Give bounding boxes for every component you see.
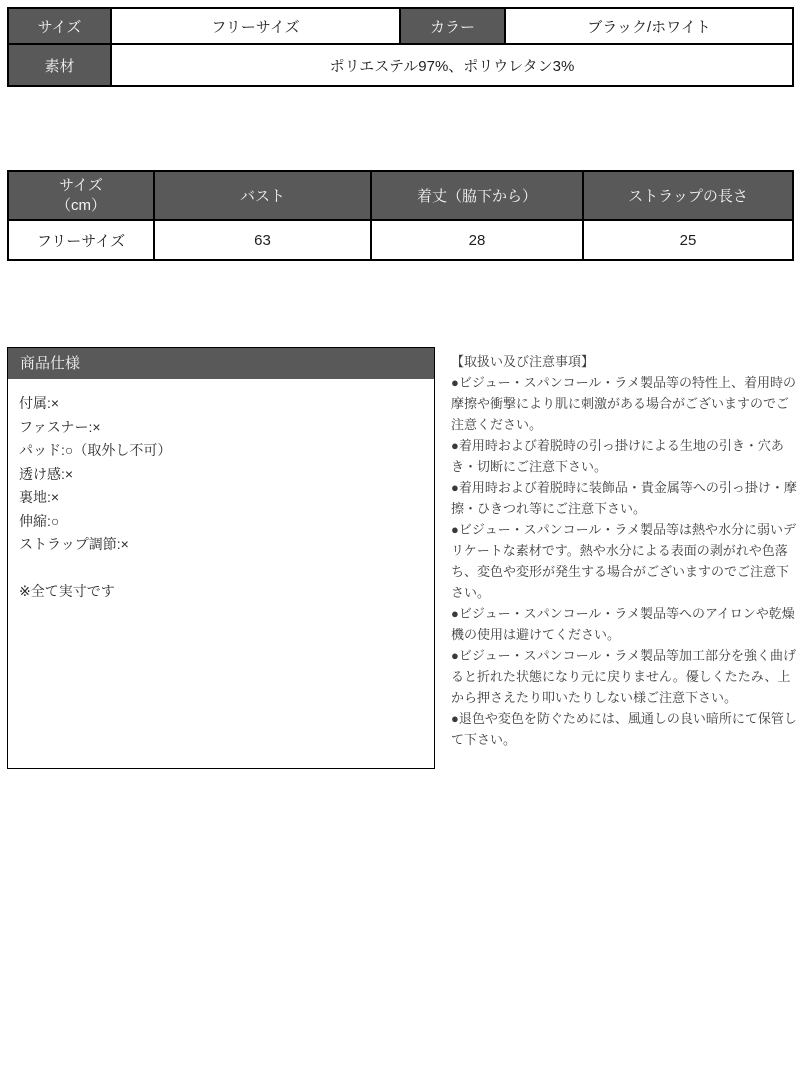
spec-item-pad: パッド:○（取外し不可） <box>19 439 422 463</box>
table-row: 素材 ポリエステル97%、ポリウレタン3% <box>8 44 793 86</box>
spec-item-fastener: ファスナー:× <box>19 416 422 440</box>
measurements-table: サイズ （cm） バスト 着丈（脇下から） ストラップの長さ フリーサイズ 63… <box>7 170 794 261</box>
care-note-item: ●ビジュー・スパンコール・ラメ製品等の特性上、着用時の摩擦や衝撃により肌に刺激が… <box>451 372 799 435</box>
size-header-line2: （cm） <box>9 196 153 216</box>
product-info-table: サイズ フリーサイズ カラー ブラック/ホワイト 素材 ポリエステル97%、ポリ… <box>7 7 794 87</box>
color-value-cell: ブラック/ホワイト <box>505 8 793 44</box>
measure-size-header-cell: サイズ （cm） <box>8 171 154 220</box>
care-note-item: ●ビジュー・スパンコール・ラメ製品等へのアイロンや乾燥機の使用は避けてください。 <box>451 603 799 645</box>
length-cell: 28 <box>371 220 583 260</box>
size-cell: フリーサイズ <box>8 220 154 260</box>
bust-header-cell: バスト <box>154 171 371 220</box>
table-row: サイズ フリーサイズ カラー ブラック/ホワイト <box>8 8 793 44</box>
spec-item-lining: 裏地:× <box>19 486 422 510</box>
care-note-item: ●ビジュー・スパンコール・ラメ製品等加工部分を強く曲げると折れた状態になり元に戻… <box>451 645 799 708</box>
color-header-cell: カラー <box>400 8 505 44</box>
care-note-item: ●退色や変色を防ぐためには、風通しの良い暗所にて保管して下さい。 <box>451 708 799 750</box>
size-value-cell: フリーサイズ <box>111 8 400 44</box>
spec-item-accessory: 付属:× <box>19 392 422 416</box>
spec-box-body: 付属:× ファスナー:× パッド:○（取外し不可） 透け感:× 裏地:× 伸縮:… <box>8 379 434 603</box>
table-header-row: サイズ （cm） バスト 着丈（脇下から） ストラップの長さ <box>8 171 793 220</box>
table-row: フリーサイズ 63 28 25 <box>8 220 793 260</box>
bust-cell: 63 <box>154 220 371 260</box>
spec-item-sheerness: 透け感:× <box>19 463 422 487</box>
spec-item-strap-adjust: ストラップ調節:× <box>19 533 422 557</box>
care-notes: 【取扱い及び注意事項】 ●ビジュー・スパンコール・ラメ製品等の特性上、着用時の摩… <box>451 351 799 750</box>
product-spec-page: { "colors": { "header_bg": "#595959", "h… <box>0 0 800 1067</box>
care-notes-title: 【取扱い及び注意事項】 <box>451 351 799 372</box>
care-note-item: ●着用時および着脱時の引っ掛けによる生地の引き・穴あき・切断にご注意下さい。 <box>451 435 799 477</box>
product-spec-box: 商品仕様 付属:× ファスナー:× パッド:○（取外し不可） 透け感:× 裏地:… <box>7 347 435 769</box>
care-note-item: ●ビジュー・スパンコール・ラメ製品等は熱や水分に弱いデリケートな素材です。熱や水… <box>451 519 799 603</box>
material-value-cell: ポリエステル97%、ポリウレタン3% <box>111 44 793 86</box>
size-header-cell: サイズ <box>8 8 111 44</box>
material-header-cell: 素材 <box>8 44 111 86</box>
strap-header-cell: ストラップの長さ <box>583 171 793 220</box>
spec-item-stretch: 伸縮:○ <box>19 510 422 534</box>
spec-note: ※全て実寸です <box>19 580 422 604</box>
care-note-item: ●着用時および着脱時に装飾品・貴金属等への引っ掛け・摩擦・ひきつれ等にご注意下さ… <box>451 477 799 519</box>
spec-box-title: 商品仕様 <box>8 348 434 379</box>
size-header-line1: サイズ <box>9 176 153 196</box>
strap-cell: 25 <box>583 220 793 260</box>
length-header-cell: 着丈（脇下から） <box>371 171 583 220</box>
